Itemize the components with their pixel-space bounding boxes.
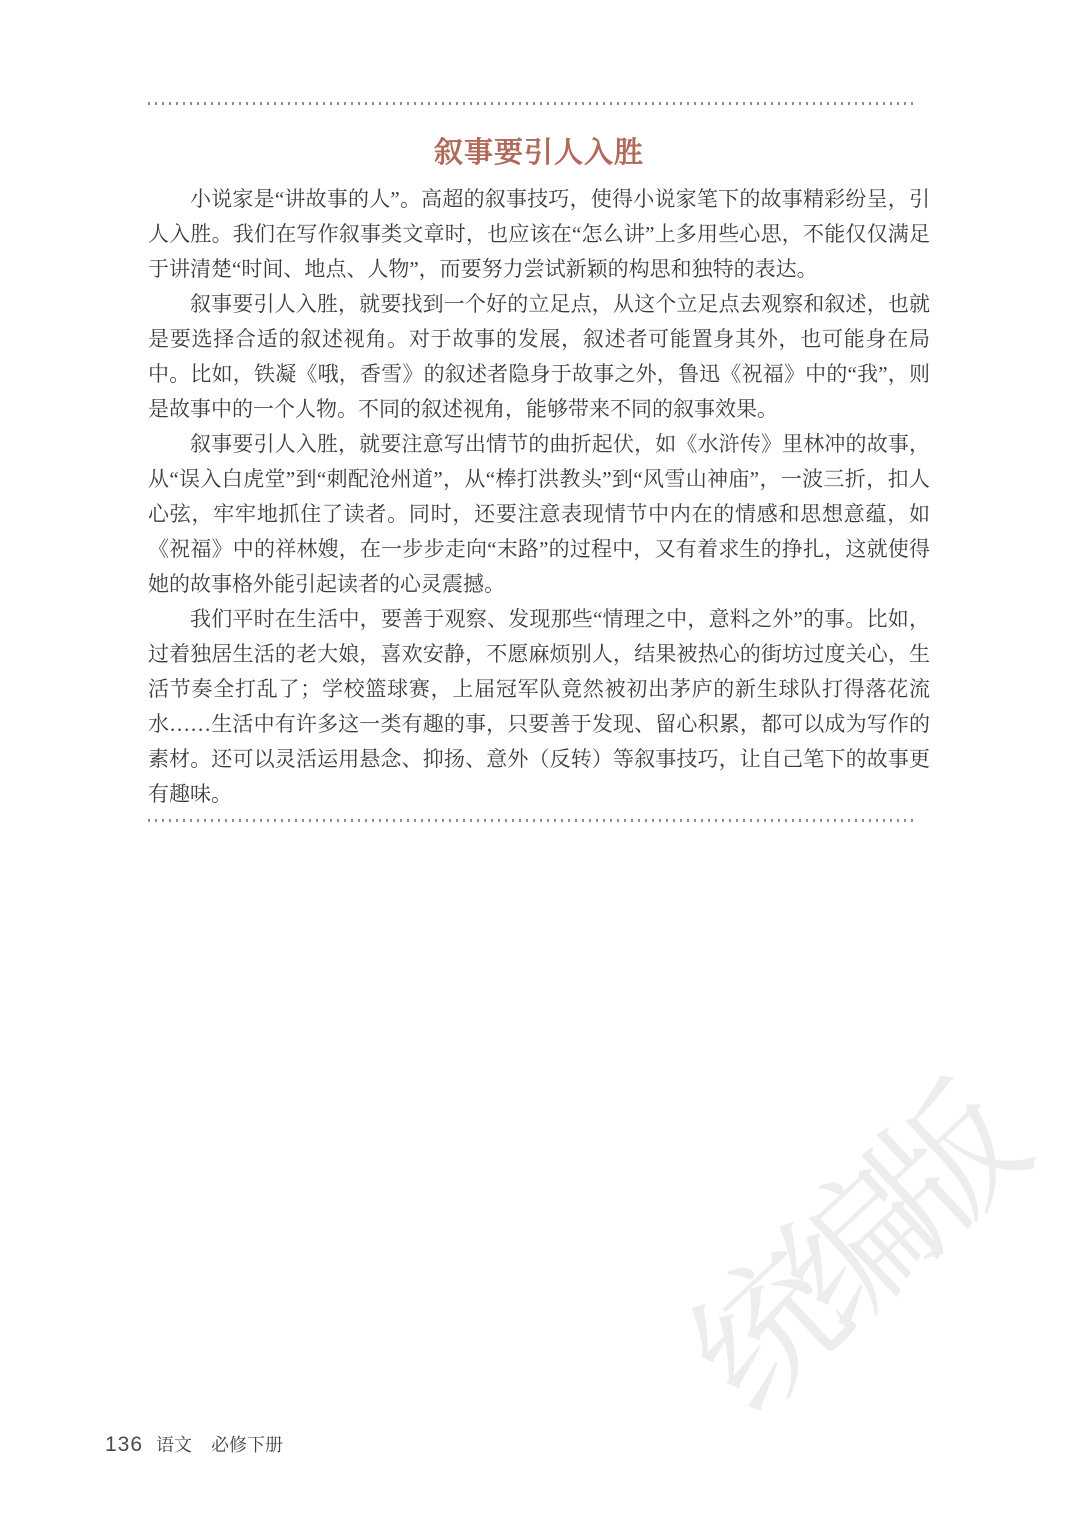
essay-paragraph-3: 叙事要引人入胜，就要注意写出情节的曲折起伏，如《水浒传》里林冲的故事，从“误入白… xyxy=(148,427,930,602)
footer-volume-label: 必修下册 xyxy=(211,1431,283,1457)
essay-content-area: 叙事要引人入胜 小说家是“讲故事的人”。高超的叙事技巧，使得小说家笔下的故事精彩… xyxy=(148,0,930,822)
footer-subject-label: 语文 xyxy=(156,1431,192,1457)
top-dotted-divider xyxy=(148,102,918,105)
edition-watermark: 统编版 xyxy=(637,1045,1049,1449)
essay-paragraph-4: 我们平时在生活中，要善于观察、发现那些“情理之中，意料之外”的事。比如，过着独居… xyxy=(148,602,930,812)
page-footer: 136 语文 必修下册 xyxy=(105,1431,283,1457)
page-number: 136 xyxy=(105,1433,143,1457)
textbook-page: 叙事要引人入胜 小说家是“讲故事的人”。高超的叙事技巧，使得小说家笔下的故事精彩… xyxy=(0,0,1080,1527)
essay-paragraph-2: 叙事要引人入胜，就要找到一个好的立足点，从这个立足点去观察和叙述，也就是要选择合… xyxy=(148,287,930,427)
essay-title: 叙事要引人入胜 xyxy=(148,133,930,173)
essay-body: 小说家是“讲故事的人”。高超的叙事技巧，使得小说家笔下的故事精彩纷呈，引人入胜。… xyxy=(148,182,930,812)
bottom-dotted-divider xyxy=(148,819,918,822)
essay-paragraph-1: 小说家是“讲故事的人”。高超的叙事技巧，使得小说家笔下的故事精彩纷呈，引人入胜。… xyxy=(148,182,930,287)
